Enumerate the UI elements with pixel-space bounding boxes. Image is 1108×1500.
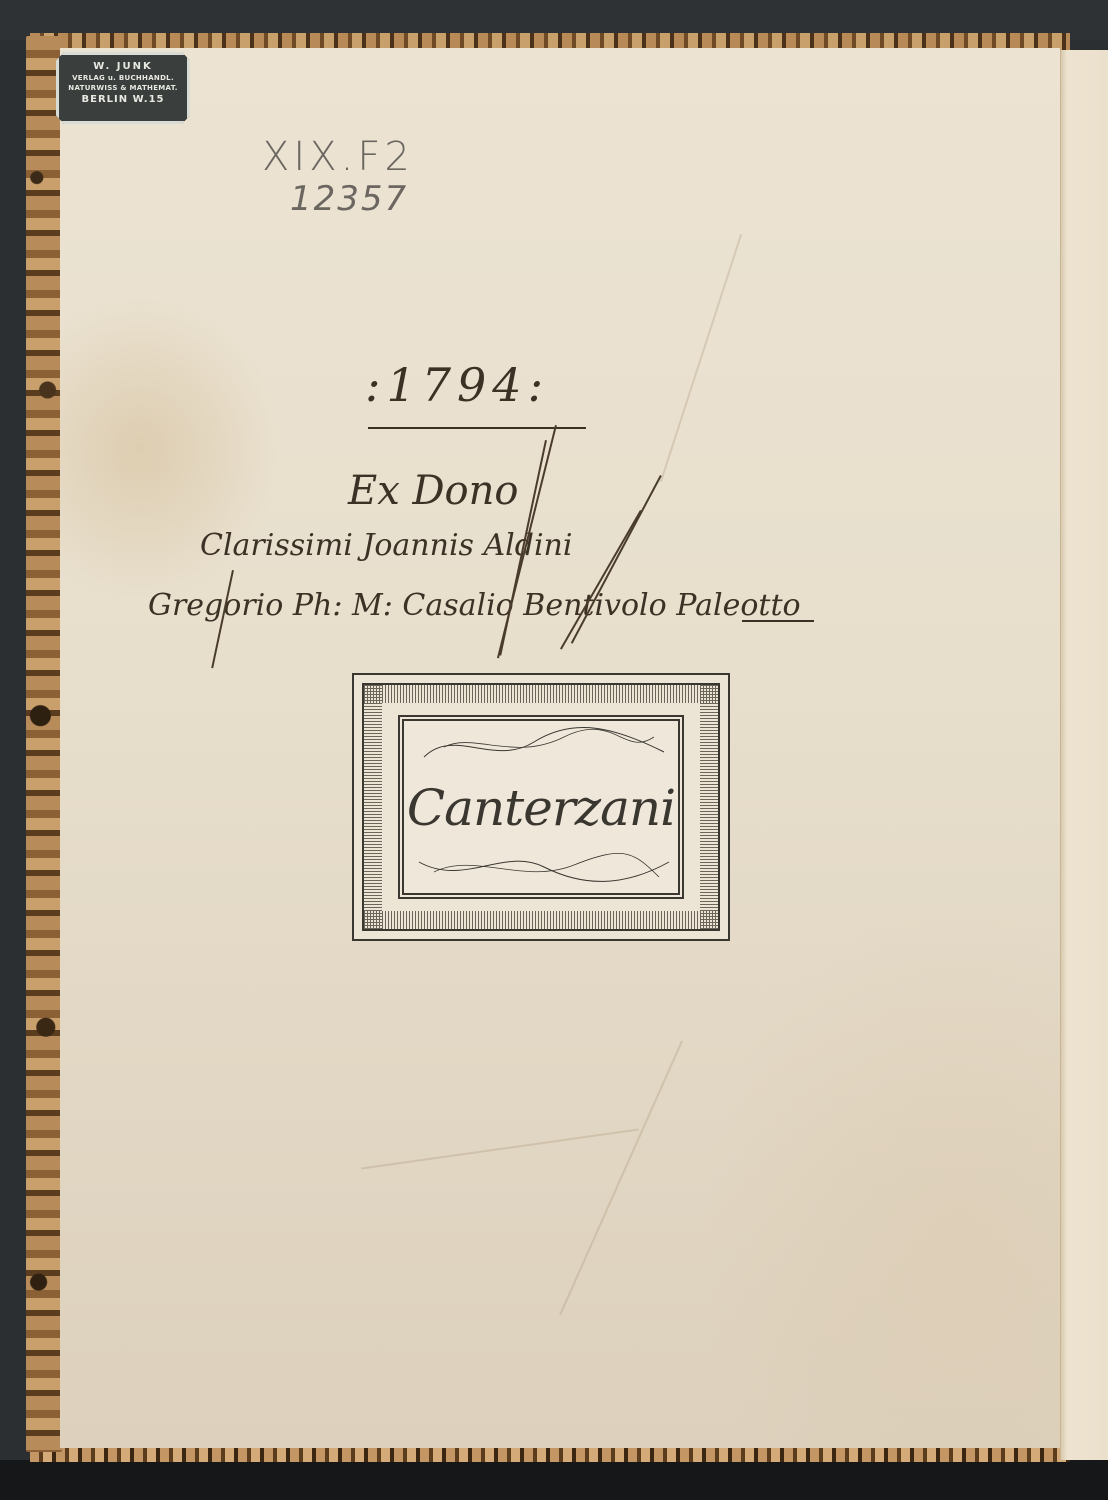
- inscription-year: :1794:: [365, 358, 549, 412]
- inscription-recipient: Gregorio Ph: M: Casalio Bentivolo Paleot…: [148, 588, 801, 623]
- facing-page-edge: [1060, 50, 1108, 1460]
- shelfmark-line2: 12357: [290, 179, 414, 219]
- label-line-city: BERLIN W.15: [59, 94, 187, 105]
- shelfmark-line1: XIX.F2: [262, 135, 414, 179]
- calligraphic-flourish-icon: [414, 727, 674, 767]
- pencil-shelfmark: XIX.F2 12357: [262, 135, 414, 219]
- paper-crease: [559, 1041, 683, 1316]
- label-line-publisher: VERLAG u. BUCHHANDL.: [59, 74, 187, 82]
- inscription-dash: [742, 620, 814, 622]
- inscription-ex-dono: Ex Dono: [348, 468, 518, 514]
- label-line-subjects: NATURWISS & MATHEMAT.: [59, 84, 187, 92]
- background-shadow: [0, 1460, 1108, 1500]
- bookseller-label: W. JUNK VERLAG u. BUCHHANDL. NATURWISS &…: [56, 52, 190, 124]
- label-dealer-name: W. JUNK: [59, 61, 187, 72]
- bookplate: Canterzani: [352, 673, 730, 941]
- inscription-donor: Clarissimi Joannis Aldini: [200, 528, 572, 563]
- paper-crease: [660, 234, 742, 482]
- calligraphic-flourish-icon: [414, 847, 674, 887]
- bookplate-owner-name: Canterzani: [404, 779, 678, 837]
- marbled-board-left-edge: [26, 36, 62, 1452]
- bookplate-center-panel: Canterzani: [398, 715, 684, 899]
- paper-crease: [361, 1129, 638, 1169]
